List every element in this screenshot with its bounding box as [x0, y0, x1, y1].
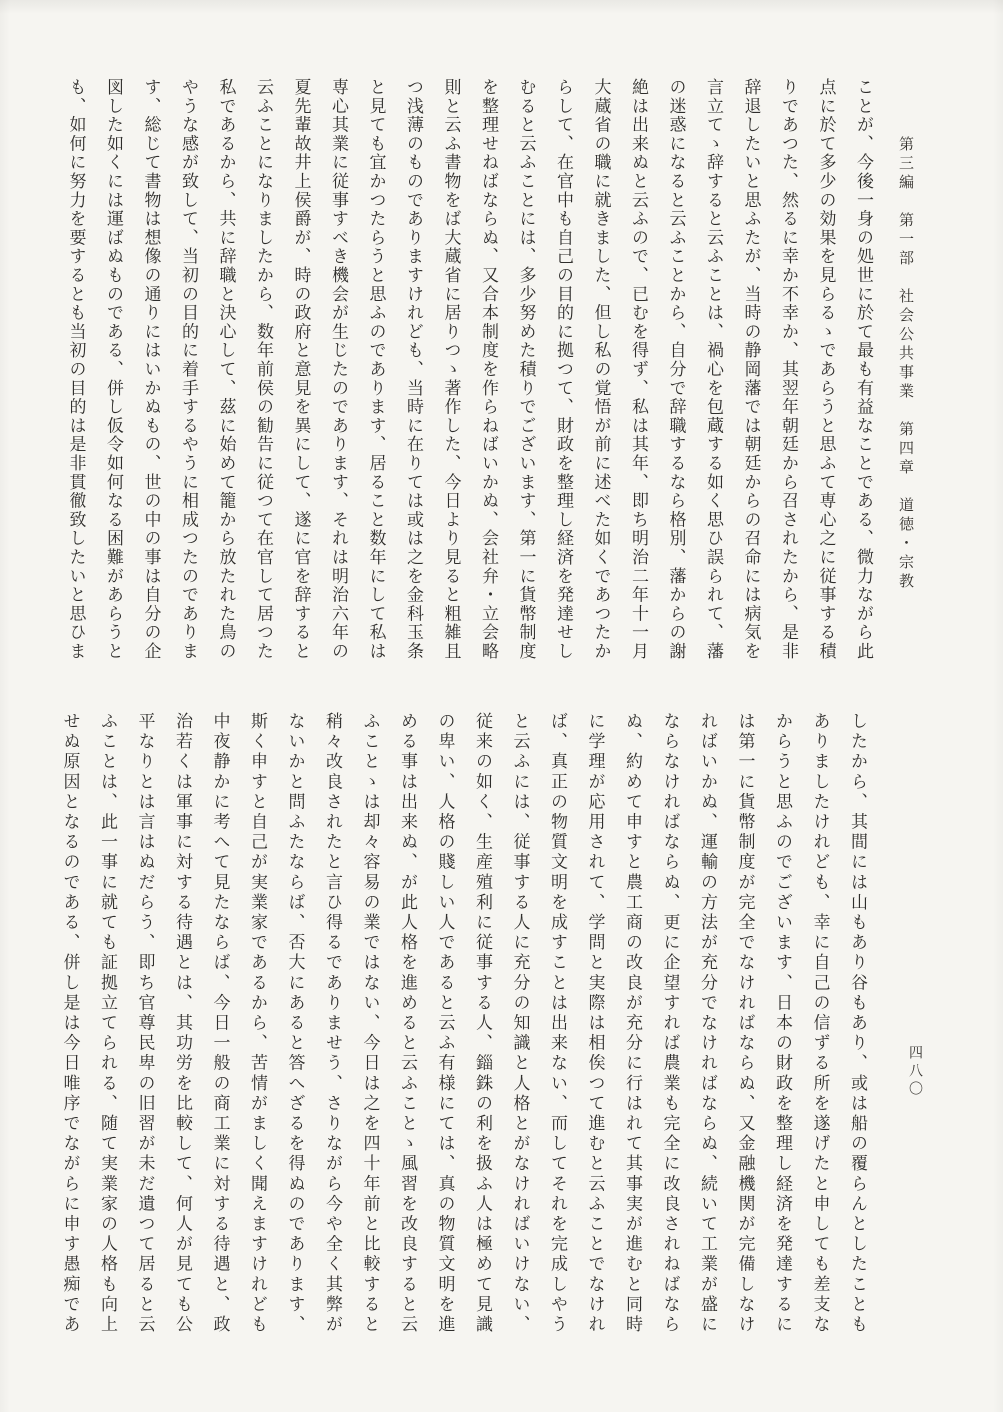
text-column: 従来の如く、生産殖利に従事する人、錙銖の利を扱ふ人は極めて見識: [463, 712, 501, 1367]
text-column: も、如何に努力を要するとも当初の目的は是非貫徹致したいと思ひま: [56, 78, 94, 678]
text-column: らして、在官中も自己の目的に拠つて、財政を整理し経済を発達せし: [544, 78, 582, 678]
text-column: ないかと問ふたならば、否大にあると答へざるを得ぬのであります、: [275, 712, 313, 1367]
text-column: す、総じて書物は想像の通りにはいかぬもの、世の中の事は自分の企: [131, 78, 169, 678]
text-column: と見ても宜かつたらうと思ふのであります、居ること数年にして私は: [356, 78, 394, 678]
text-column: やうな感が致して、当初の目的に着手するやうに相成つたのでありま: [169, 78, 207, 678]
text-column: 辞退したいと思ふたが、当時の静岡藩では朝廷からの召命には病気を: [731, 78, 769, 678]
text-column: ふことゝは却々容易の業ではない、今日は之を四十年前と比較すると: [350, 712, 388, 1367]
text-column: める事は出来ぬ、が此人格を進めると云ふことゝ風習を改良すると云: [388, 712, 426, 1367]
text-column: ありましたけれども、幸に自己の信ずる所を遂げたと申しても差支な: [800, 712, 838, 1367]
running-head: 第三編 第一部 社会公共事業 第四章 道徳・宗教: [896, 136, 917, 592]
text-block-top: ことが、今後一身の処世に於て最も有益なことである、微力ながら此 点に於て多少の効…: [56, 78, 881, 678]
text-column: りであつた、然るに幸か不幸か、其翌年朝廷から召されたから、是非: [769, 78, 807, 678]
text-column: 夏先輩故井上侯爵が、時の政府と意見を異にして、遂に官を辞すると: [281, 78, 319, 678]
text-column: 大蔵省の職に就きました、但し私の覚悟が前に述べた如くであつたか: [581, 78, 619, 678]
text-column: 治若くは軍事に対する待遇とは、其功労を比較して、何人が見ても公: [163, 712, 201, 1367]
text-column: せぬ原因となるのである、併し是は今日唯序でながらに申す愚痴であ: [50, 712, 88, 1367]
text-column: からうと思ふのでございます、日本の財政を整理し経済を発達するに: [763, 712, 801, 1367]
text-column: と云ふには、従事する人に充分の知識と人格とがなければいけない、: [500, 712, 538, 1367]
text-column: ば、真正の物質文明を成すことは出来ない、而してそれを完成しやう: [538, 712, 576, 1367]
text-column: 稍々改良されたと言ひ得るでありませう、さりながら今や全く其弊が: [313, 712, 351, 1367]
text-column: むると云ふことには、多少努めた積りでございます、第一に貨幣制度: [506, 78, 544, 678]
page-number: 四八〇: [905, 1045, 925, 1099]
text-column: は第一に貨幣制度が完全でなければならぬ、又金融機関が完備しなけ: [725, 712, 763, 1367]
text-column: に学理が応用されて、学問と実際は相俟つて進むと云ふことでなけれ: [575, 712, 613, 1367]
text-column: 云ふことになりましたから、数年前侯の勧告に従つて在官して居つた: [244, 78, 282, 678]
text-column: 則と云ふ書物をば大蔵省に居りつゝ著作した、今日より見ると粗雑且: [431, 78, 469, 678]
text-column: ふことは、此一事に就ても証拠立てられる、随て実業家の人格も向上: [88, 712, 126, 1367]
text-column: 斯く申すと自己が実業家であるから、苦情がましく聞えますけれども: [238, 712, 276, 1367]
text-column: つ浅薄のものでありますけれども、当時に在りては或は之を金科玉条: [394, 78, 432, 678]
text-column: の卑い、人格の賤しい人であると云ふ有様にては、真の物質文明を進: [425, 712, 463, 1367]
text-block-bottom: したから、其間には山もあり谷もあり、或は船の覆らんとしたことも ありましたけれど…: [50, 712, 875, 1367]
text-column: 絶は出来ぬと云ふので、已むを得ず、私は其年、即ち明治二年十一月: [619, 78, 657, 678]
text-column: したから、其間には山もあり谷もあり、或は船の覆らんとしたことも: [838, 712, 876, 1367]
text-column: 点に於て多少の効果を見らるゝであらうと思ふて専心之に従事する積: [806, 78, 844, 678]
text-column: ぬ、約めて申すと農工商の改良が充分に行はれて其事実が進むと同時: [613, 712, 651, 1367]
text-column: 私であるから、共に辞職と決心して、茲に始めて籠から放たれた鳥の: [206, 78, 244, 678]
text-column: 中夜静かに考へて見たならば、今日一般の商工業に対する待遇と、政: [200, 712, 238, 1367]
text-column: 専心其業に従事すべき機会が生じたのであります、それは明治六年の: [319, 78, 357, 678]
text-column: 平なりとは言はぬだらう、即ち官尊民卑の旧習が未だ遺つて居ると云: [125, 712, 163, 1367]
text-column: 言立てゝ辞すると云ふことは、禍心を包蔵する如く思ひ誤られて、藩: [694, 78, 732, 678]
text-column: 図した如くには運ばぬものである、併し仮令如何なる困難があらうと: [94, 78, 132, 678]
text-column: ことが、今後一身の処世に於て最も有益なことである、微力ながら此: [844, 78, 882, 678]
text-column: を整理せねばならぬ、又合本制度を作らねばいかぬ、会社弁・立会略: [469, 78, 507, 678]
text-column: ならなければならぬ、更に企望すれば農業も完全に改良されねばなら: [650, 712, 688, 1367]
text-column: の迷惑になると云ふことから、自分で辞職するなら格別、藩からの謝: [656, 78, 694, 678]
text-column: ればいかぬ、運輸の方法が充分でなければならぬ、続いて工業が盛に: [688, 712, 726, 1367]
